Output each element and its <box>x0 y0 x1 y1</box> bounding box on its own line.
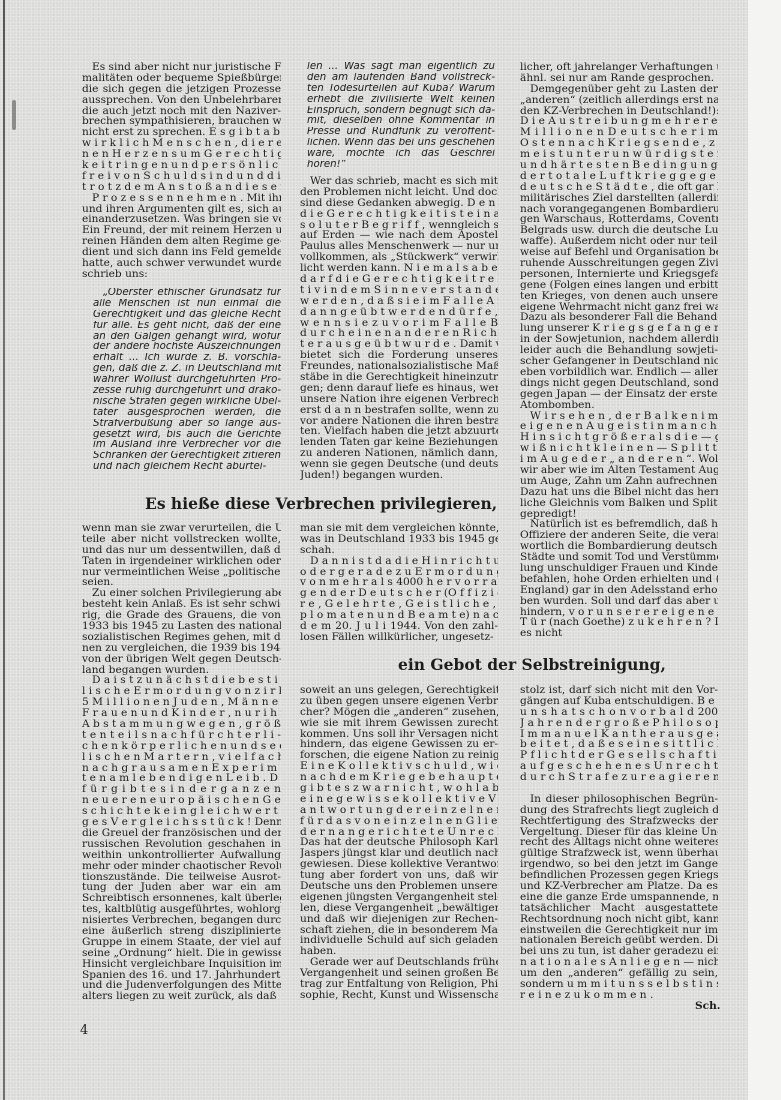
text-line: land begangen wurden. <box>82 665 281 676</box>
text-line: reinen Händen dem alten Regime ge- <box>82 236 281 247</box>
text-line: d e r n a n g e r i c h t e t e U n r e … <box>300 827 498 838</box>
text-line: licher, oft jahrelanger Verhaftungen u. <box>520 62 718 73</box>
text-line: gen Warschaus, Rotterdams, Coventrys, <box>520 214 718 225</box>
text-line: die auch jetzt noch mit den Naziver- <box>82 106 281 117</box>
text-line: Wer das schrieb, macht es sich mit <box>300 176 498 187</box>
text-line: Dazu hat uns die Bibel nicht das herr- <box>520 487 718 498</box>
text-line: tung aber fordert von uns, daß wir <box>300 870 498 881</box>
text-line: t e n t e i l s n a c h f ü r c h t e r … <box>82 730 281 741</box>
text-line: man sie mit dem vergleichen könnte, <box>300 523 498 534</box>
text-line: und daß wir diejenigen zur Rechen- <box>300 914 498 925</box>
text-line: die Greuel der französischen und der <box>82 828 281 839</box>
text-line: und das nur um dessentwillen, daß die <box>82 545 281 556</box>
text-line: eigenen jüngsten Vergangenheit stel- <box>300 892 498 903</box>
text-line: M i l l i o n e n D e u t s c h e r i m <box>520 127 718 138</box>
text-line: leider auch die Behandlung sowjeti- <box>520 345 718 356</box>
text-line: tes, kaltblütig ausgeführtes, wohlorga- <box>82 904 281 915</box>
text-line: mit, dieselben ohne Kommentar in <box>307 116 495 127</box>
text-line: erst d a n n bestrafen sollte, wenn zu- <box>300 405 498 416</box>
text-line: Gerade wer auf Deutschlands frühere <box>300 957 498 968</box>
text-line: unsere Nation ihre eigenen Verbrecher <box>300 394 498 405</box>
text-line: Rechtsordnung noch nicht gibt, kann <box>520 914 718 925</box>
text-line: d u r c h S t r a f e z u r e a g i e r … <box>520 772 718 783</box>
text-line: I m m a n u e l K a n t h e r a u s g e … <box>520 729 718 740</box>
text-line: die sich gegen die jetzigen Prozesse <box>82 84 281 95</box>
text-line: waffe). Außerdem nicht oder nur teil- <box>520 236 718 247</box>
text-line: haben. <box>300 946 498 957</box>
text-line: um Auge, Zahn um Zahn aufrechnen? <box>520 476 718 487</box>
text-line: dung des Strafrechts liegt zugleich die <box>520 805 718 816</box>
text-line: was in Deutschland 1933 bis 1945 ge- <box>300 534 498 545</box>
text-line: lung unserer K r i e g s g e f a n g e n… <box>520 323 718 334</box>
text-line: schaft ziehen, die in besonderem Maße <box>300 925 498 936</box>
page-number: 4 <box>80 1023 88 1038</box>
text-line: täter ausgesprochen werden, die <box>93 408 281 419</box>
text-line: nach vorangegangenen Bombardierun- <box>520 204 718 215</box>
text-line: den KZ-Verbrechen in Deutschland!): <box>520 106 718 117</box>
text-line: bietet sich die Forderung unseres <box>300 350 498 361</box>
text-line: einstweilen die Gerechtigkeit nur im <box>520 925 718 936</box>
text-line: nationalen Bereich geübt werden. Dies <box>520 935 718 946</box>
text-line: lenden Taten gar keine Beziehungen <box>300 437 498 448</box>
text-line: tionszustände. Die teilweise Ausrot- <box>82 872 281 883</box>
text-line: gültige Strafzweck ist, wenn überhaupt <box>520 848 718 859</box>
text-line: In dieser philosophischen Begrün- <box>520 794 718 805</box>
text-line: w e n n s i e z u v o r i m F a l l e B <box>300 318 498 329</box>
text-line: Vergeltung. Dieser für das kleine Un- <box>520 827 718 838</box>
text-line: g e n d e r D e u t s c h e r (O f f i z… <box>300 588 498 599</box>
text-line: Hinsicht vergleichbare Inquisition im <box>82 959 281 970</box>
text-line: russischen Revolution geschahen in <box>82 839 281 850</box>
text-line: wie sie mit ihrem Gewissen zurecht <box>300 718 498 729</box>
text-line: Strafverbüßung aber so lange aus- <box>93 419 281 430</box>
text-line: lichen. Wenn das bei uns geschehen <box>307 138 495 149</box>
text-line: Zu einer solchen Privilegierung aber <box>82 588 281 599</box>
text-line: Rechtfertigung des Strafzwecks der <box>520 816 718 827</box>
quote-upper-middle: len ... Was sagt man eigentlich zuden am… <box>307 62 495 171</box>
text-line: ten Todesurteilen auf Kuba? Warum <box>307 84 495 95</box>
binding-edge <box>3 0 5 1100</box>
text-line: seine „Ordnung“ hielt. Die in gewisser <box>82 948 281 959</box>
text-line: recht des Alltags nicht ohne weiteres <box>520 837 718 848</box>
text-line: D i e A u s t r e i b u n g m e h r e r … <box>520 116 718 127</box>
text-line: gen, daß die z. Z. in Deutschland mit <box>93 364 281 375</box>
text-line: aussprechen. Von den Unbelehrbaren, <box>82 95 281 106</box>
text-line: bei uns zu tun, ist daher geradezu ein <box>520 946 718 957</box>
column-right: licher, oft jahrelanger Verhaftungen u.ä… <box>520 62 718 639</box>
text-line: lung unschuldiger Frauen und Kinder <box>520 563 718 574</box>
text-line: D a n n i s t d a d i e H i n r i c h t … <box>300 556 498 567</box>
text-line: v o n m e h r a l s 4000 h e r v o r r a… <box>300 577 498 588</box>
text-line: dings nicht gegen Deutschland, sondern <box>520 378 718 389</box>
text-line: Das hat der deutsche Philosoph Karl <box>300 837 498 848</box>
text-line: t e r a u s g e ü b t w u r d e . Damit … <box>300 339 498 350</box>
text-line: s c h i c h t e k e i n g l e i c h w e … <box>82 806 281 817</box>
column-upper-left: Es sind aber nicht nur juristische For-m… <box>82 62 281 280</box>
text-line: len ... Was sagt man eigentlich zu <box>307 62 495 73</box>
text-line: von der übrigen Welt gegen Deutsch- <box>82 654 281 665</box>
text-line: nen zu vergleichen, die 1939 bis 1948 <box>82 643 281 654</box>
text-line: t r o t z d e m A n s t o ß a n d i e s … <box>82 182 281 193</box>
text-line: den Problemen nicht leicht. Und doch <box>300 187 498 198</box>
text-line: T ü r (nach Goethe) z u k e h r e n ? Is… <box>520 617 718 628</box>
text-line: F r a u e n u n d K i n d e r , n u r i … <box>82 708 281 719</box>
text-line: sondern u m m i t u n s s e l b s t i n … <box>520 979 718 990</box>
text-line: w e r d e n , d a ß s i e i m F a l l e … <box>300 296 498 307</box>
text-line: stäbe in die Gerechtigkeit hineinzutra- <box>300 372 498 383</box>
text-line: hindern, v o r u n s e r e r e i g e n e… <box>520 607 718 618</box>
text-line: d e m 20. J u l i 1944. Von den zahl- <box>300 621 498 632</box>
text-line: len, diese Vergangenheit „bewältigen“ <box>300 903 498 914</box>
text-line: wortlich die Bombardierung deutscher <box>520 541 718 552</box>
section-heading-2: ein Gebot der Selbstreinigung, <box>398 655 666 674</box>
text-line: befahlen, hohe Orden erhielten und (in <box>520 574 718 585</box>
text-line: gepredigt! <box>520 509 718 520</box>
text-line: an den Galgen gehängt wird, wofür <box>93 332 281 343</box>
text-line: gesetzt wird, bis auch die Gerichte <box>93 430 281 441</box>
text-line: r e i n e z u k o m m e n . <box>520 990 718 1001</box>
text-line: und die Judenverfolgungen des Mittel- <box>82 980 281 991</box>
text-line: einanderzusetzen. Was bringen sie vor? <box>82 214 281 225</box>
text-line: n a c h d e m K r i e g e b e h a u p t … <box>300 772 498 783</box>
text-line: tung der Juden aber war ein am <box>82 882 281 893</box>
text-line: O s t e n n a c h K r i e g s e n d e , … <box>520 138 718 149</box>
text-line: gewiesen. Diese kollektive Verantwor- <box>300 859 498 870</box>
text-line: es nicht <box>520 628 718 639</box>
text-line: d e u t s c h e S t ä d t e , die oft ga… <box>520 182 718 193</box>
text-line: Belgrads usw. durch die deutsche Luft- <box>520 225 718 236</box>
text-line: brechen sympathisieren, brauchen wir <box>82 116 281 127</box>
text-line: f ü r g i b t e s i n d e r g a n z e n <box>82 784 281 795</box>
text-line: c h e n k ö r p e r l i c h e n u n d s … <box>82 741 281 752</box>
text-line: hören!“ <box>307 160 495 171</box>
text-line: k e i t r i n g e n u n d p e r s ö n l … <box>82 160 281 171</box>
text-line: P r o z e s s e n n e h m e n . Mit ihne… <box>82 193 281 204</box>
text-line: ähnl. sei nur am Rande gesprochen. <box>520 73 718 84</box>
text-line: b e i t e t , d a ß e s e i n e s i t t … <box>520 739 718 750</box>
text-line: d a r f d i e G e r e c h t i g k e i t … <box>300 274 498 285</box>
text-line: schrieb uns: <box>82 269 281 280</box>
text-line: alters liegen zu weit zurück, als daß <box>82 991 281 1002</box>
text-line: e i g e n e n A u g e i s t i n m a n c … <box>520 421 718 432</box>
text-line: alle Menschen ist nun einmal die <box>93 299 281 310</box>
text-line: u n s h a t s c h o n v o r b a l d 200 <box>520 707 718 718</box>
text-line: n a t i o n a l e s A n l i e g e n — ni… <box>520 957 718 968</box>
text-line: sozialistischen Regimes gehen, mit de- <box>82 632 281 643</box>
text-line: malitäten oder bequeme Spießbürger, <box>82 73 281 84</box>
text-line: Freundes, nationalsozialistische Maß- <box>300 361 498 372</box>
text-line: l i s c h e n M a r t e r n , v i e l f … <box>82 752 281 763</box>
text-line: A b s t a m m u n g w e g e n , g r ö ß … <box>82 719 281 730</box>
text-line: auf Erden — wie nach dem Apostel <box>300 230 498 241</box>
author-signature: Sch. <box>695 1000 721 1012</box>
text-line: um den „anderen“ gefällig zu sein, <box>520 968 718 979</box>
text-line: für alle. Es geht nicht, daß der eine <box>93 321 281 332</box>
text-line: Taten in irgendeiner wirklichen oder <box>82 556 281 567</box>
text-line: besteht kein Anlaß. Es ist sehr schwie- <box>82 599 281 610</box>
text-line: dient und sich dann ins Feld gemeldet <box>82 247 281 258</box>
text-line <box>520 783 718 794</box>
text-line: Gerechtigkeit und das gleiche Recht <box>93 310 281 321</box>
text-line: personen, Internierte und Kriegsgefan- <box>520 269 718 280</box>
quote-upper-left: „Oberster ethischer Grundsatz füralle Me… <box>93 288 281 473</box>
text-line: Dazu als besonderer Fall die Behand- <box>520 312 718 323</box>
text-line: wir aber wie im Alten Testament Aug <box>520 465 718 476</box>
text-line: eine die ganze Erde umspannende, mit <box>520 892 718 903</box>
text-line: ten. Vielfach haben die jetzt abzuurtei- <box>300 426 498 437</box>
column-lower-right: stolz ist, darf sich nicht mit den Vor-g… <box>520 685 718 1001</box>
text-line: i m A u g e d e r „ a n d e r e n “. Wol… <box>520 454 718 465</box>
text-line: ben wurden. Soll und darf das aber uns <box>520 596 718 607</box>
text-line: den am laufenden Band vollstreck- <box>307 73 495 84</box>
text-line: tatsächlicher Macht ausgestattete <box>520 903 718 914</box>
text-line: Vergangenheit und seinen großen Bei- <box>300 968 498 979</box>
text-line: d u r c h e i n e n a n d e r e n R i c … <box>300 328 498 339</box>
text-line: Demgegenüber geht zu Lasten der <box>520 84 718 95</box>
text-line: sind diese Gedanken abwegig. D e n n <box>300 198 498 209</box>
text-line: England) gar in den Adelsstand erho- <box>520 585 718 596</box>
text-line: Gruppe in einem Staate, der viel auf <box>82 937 281 948</box>
text-line: wahrer Wollust durchgeführten Pro- <box>93 375 281 386</box>
text-line: hindern, das eigene Gewissen zu er- <box>300 739 498 750</box>
text-line: d i e G e r e c h t i g k e i t i s t e … <box>300 209 498 220</box>
text-line: liche Gleichnis vom Balken und Splitter <box>520 498 718 509</box>
text-line: w i r k l i c h M e n s c h e n , d i e … <box>82 138 281 149</box>
text-line: individuelle Schuld auf sich geladen <box>300 935 498 946</box>
text-line: g e s V e r g l e i c h s s t ü c k ! De… <box>82 817 281 828</box>
text-line: nicht erst zu sprechen. E s g i b t a b … <box>82 127 281 138</box>
text-line: hatte, auch schwer verwundet wurde, <box>82 258 281 269</box>
text-line: schah. <box>300 545 498 556</box>
text-line: m e i s t u n t e r u n w ü r d i g s t … <box>520 149 718 160</box>
scan-smudge <box>12 100 16 130</box>
text-line: der andere höchste Auszeichnungen <box>93 342 281 353</box>
text-line: d e r t o t a l e L u f t k r i e g g e … <box>520 171 718 182</box>
text-line: e i n e g e w i s s e k o l l e k t i v … <box>300 794 498 805</box>
text-line: f r e i v o n S c h u l d s i n d u n d … <box>82 171 281 182</box>
text-line: gen; denn darauf liefe es hinaus, wenn <box>300 383 498 394</box>
text-line: stolz ist, darf sich nicht mit den Vor- <box>520 685 718 696</box>
text-line: u n d h ä r t e s t e n B e d i n g u n … <box>520 160 718 171</box>
text-line: nische Strafen gegen wirkliche Übel- <box>93 397 281 408</box>
text-line: eben vorbildlich war. Endlich — aller- <box>520 367 718 378</box>
text-line: weise auf Befehl und Organisation be- <box>520 247 718 258</box>
text-line: w i ß n i c h t k l e i n e n — S p l i … <box>520 443 718 454</box>
text-line: erhält ... Ich würde z. B. vorschla- <box>93 353 281 364</box>
text-line: Jaspers jüngst klar und deutlich nach- <box>300 848 498 859</box>
text-line: vor andere Nationen die ihren bestraf- <box>300 416 498 427</box>
text-line: f ü r d a s v o n e i n z e l n e n G l … <box>300 816 498 827</box>
column-lower-middle-top: man sie mit dem vergleichen könnte,was i… <box>300 523 498 643</box>
text-line: n e u e r e n e u r o p ä i s c h e n G … <box>82 795 281 806</box>
column-upper-middle: Wer das schrieb, macht es sich mitden Pr… <box>300 176 498 481</box>
text-line: und ihren Argumenten gilt es, sich aus- <box>82 204 281 215</box>
text-line: Spanien des 16. und 17. Jahrhunderts <box>82 970 281 981</box>
text-line: gene (Folgen eines langen und erbitter- <box>520 280 718 291</box>
text-line: ruhende Ausschreitungen gegen Zivil- <box>520 258 718 269</box>
text-line: forschen, die eigene Nation zu reinigen. <box>300 750 498 761</box>
text-line: Juden!) begangen wurden. <box>300 470 498 481</box>
text-line: befindlichen Prozessen gegen Kriegs- <box>520 870 718 881</box>
text-line: „Oberster ethischer Grundsatz für <box>93 288 281 299</box>
text-line: Deutsche uns den Problemen unserer <box>300 881 498 892</box>
column-lower-left: wenn man sie zwar verurteilen, die Ur-te… <box>82 523 281 1002</box>
text-line: Ein Freund, der mit reinem Herzen und <box>82 225 281 236</box>
text-line: nur vermeintlichen Weise „politische“ <box>82 567 281 578</box>
text-line: E i n e K o l l e k t i v s c h u l d , … <box>300 761 498 772</box>
text-line: „anderen“ (zeitlich allerdings erst nach <box>520 95 718 106</box>
text-line: eine äußerlich streng disziplinierte <box>82 926 281 937</box>
text-line: seien. <box>82 577 281 588</box>
text-line: irgendwo, so bei den jetzt im Gange <box>520 859 718 870</box>
text-line: p l o m a t e n u n d B e a m t e) n a c… <box>300 610 498 621</box>
text-line: D a i s t z u n ä c h s t d i e b e s t … <box>82 675 281 686</box>
text-line: soweit an uns gelegen, Gerechtigkeit <box>300 685 498 696</box>
text-line: erhebt die zivilisierte Welt keinen <box>307 95 495 106</box>
text-line: Natürlich ist es befremdlich, daß hohe <box>520 519 718 530</box>
text-line: H i n s i c h t g r ö ß e r a l s d i e … <box>520 432 718 443</box>
text-line: wenn man sie zwar verurteilen, die Ur- <box>82 523 281 534</box>
text-line: licht werden kann. N i e m a l s a b e r <box>300 263 498 274</box>
text-line: Einspruch, sondern begnügt sich da- <box>307 106 495 117</box>
text-line: a n t w o r t u n g d e r e i n z e l n … <box>300 805 498 816</box>
text-line: zesse ruhig durchgeführt und drako- <box>93 386 281 397</box>
text-line: a u f g e s c h e h e n e s U n r e c h … <box>520 761 718 772</box>
section-heading-1: Es hieße diese Verbrechen privilegieren, <box>145 494 497 513</box>
text-line: t i v i n d e m S i n n e v e r s t a n … <box>300 285 498 296</box>
text-line: P f l i c h t d e r G e s e l l s c h a … <box>520 750 718 761</box>
text-line: im Ausland ihre Verbrecher vor die <box>93 440 281 451</box>
text-line: W i r s e h e n , d e r B a l k e n i m <box>520 411 718 422</box>
text-line: l i s c h e E r m o r d u n g v o n z i … <box>82 686 281 697</box>
text-line: trag zur Entfaltung von Religion, Philo- <box>300 979 498 990</box>
text-line: g i b t e s z w a r n i c h t , w o h l … <box>300 783 498 794</box>
text-line: Atombomben. <box>520 400 718 411</box>
text-line: sophie, Recht, Kunst und Wissenschaft <box>300 990 498 1001</box>
text-line: n a c h g r a u s a m e n E x p e r i m … <box>82 763 281 774</box>
text-line: 1933 bis 1945 zu Lasten des national- <box>82 621 281 632</box>
column-lower-middle-bottom: soweit an uns gelegen, Gerechtigkeitzu ü… <box>300 685 498 1001</box>
text-line: eigene Wehrmacht nicht ganz frei war). <box>520 302 718 313</box>
text-line: teile aber nicht vollstrecken wollte, <box>82 534 281 545</box>
text-line: zu anderen Nationen, nämlich dann, <box>300 448 498 459</box>
text-line: losen Fällen willkürlicher, ungesetz- <box>300 632 498 643</box>
text-line: s o l u t e r B e g r i f f , wenngleich… <box>300 220 498 231</box>
text-line: n e n H e r z e n s u m G e r e c h t i … <box>82 149 281 160</box>
text-line: gegen Japan — der Einsatz der ersten <box>520 389 718 400</box>
text-line: Offiziere der anderen Seite, die verant- <box>520 530 718 541</box>
text-line: 5 M i l l i o n e n J u d e n , M ä n n … <box>82 697 281 708</box>
text-line: zu üben gegen unsere eigenen Verbre- <box>300 696 498 707</box>
text-line: in der Sowjetunion, nachdem allerdings <box>520 334 718 345</box>
text-line: scher Gefangener in Deutschland nicht <box>520 356 718 367</box>
text-line: Schranken der Gerechtigkeit zitieren <box>93 451 281 462</box>
text-line: wenn sie gegen Deutsche (und deutsche <box>300 459 498 470</box>
text-line: gängen auf Kuba entschuldigen. B e i <box>520 696 718 707</box>
text-line: o d e r g e r a d e z u E r m o r d u n … <box>300 567 498 578</box>
text-line: mehr oder minder chaotischer Revolu- <box>82 861 281 872</box>
text-line: cher? Mögen die „anderen“ zusehen, <box>300 707 498 718</box>
text-line: weithin unkontrollierter Aufwallung <box>82 850 281 861</box>
text-line: Städte und somit Tod und Verstümme- <box>520 552 718 563</box>
text-line: r e , G e l e h r t e , G e i s t l i c … <box>300 599 498 610</box>
text-line: d a n n g e ü b t w e r d e n d ü r f e … <box>300 307 498 318</box>
text-line: rig, die Grade des Grauens, die von <box>82 610 281 621</box>
text-line: kommen. Uns soll ihr Versagen nicht <box>300 729 498 740</box>
text-line: und KZ-Verbrecher am Platze. Da es <box>520 881 718 892</box>
text-line: Schreibtisch ersonnenes, kalt überleg- <box>82 893 281 904</box>
text-line: und nach gleichem Recht aburtei- <box>93 462 281 473</box>
text-line: Es sind aber nicht nur juristische For- <box>82 62 281 73</box>
text-line: Presse und Rundfunk zu veröffent- <box>307 127 495 138</box>
text-line: ten Krieges, von denen auch unsere <box>520 291 718 302</box>
text-line: t e n a m l e b e n d i g e n L e i b . … <box>82 773 281 784</box>
text-line: Paulus alles Menschenwerk — nur un- <box>300 241 498 252</box>
text-line: militärisches Ziel darstellten (allerdin… <box>520 193 718 204</box>
text-line: J a h r e n d e r g r o ß e P h i l o s … <box>520 718 718 729</box>
text-line: nisiertes Verbrechen, begangen durch <box>82 915 281 926</box>
text-line: wäre, möchte ich das Geschrei <box>307 149 495 160</box>
text-line: vollkommen, als „Stückwerk“ verwirk- <box>300 252 498 263</box>
